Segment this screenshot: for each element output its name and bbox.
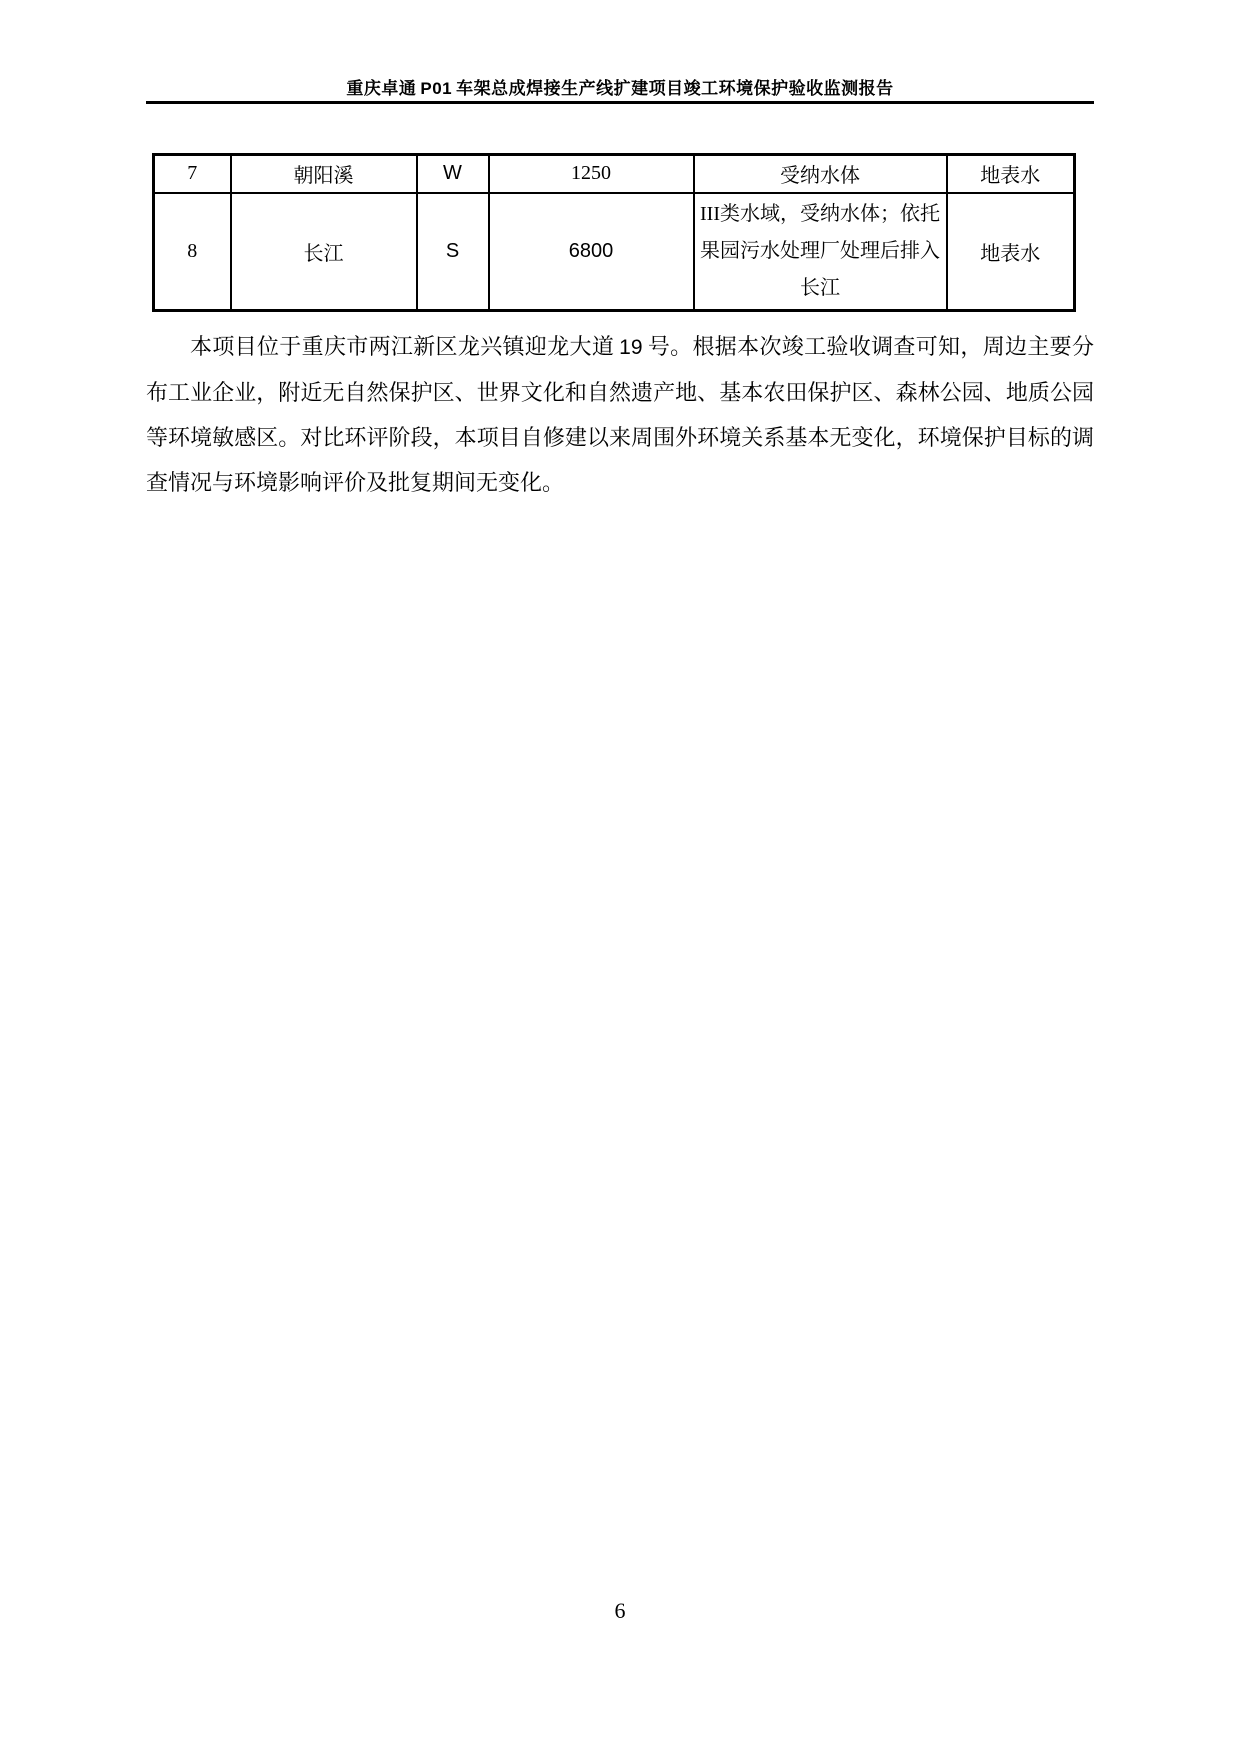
header-title-suffix: 车架总成焊接生产线扩建项目竣工环境保护验收监测报告 [456, 79, 894, 98]
cell-water-type: 地表水 [947, 155, 1075, 193]
cell-index: 8 [154, 193, 231, 311]
header-rule [146, 101, 1094, 104]
cell-description: III类水域，受纳水体；依托果园污水处理厂处理后排入长江 [694, 193, 947, 311]
table-row: 8 长江 S 6800 III类水域，受纳水体；依托果园污水处理厂处理后排入长江… [154, 193, 1075, 311]
document-header: 重庆卓通P01车架总成焊接生产线扩建项目竣工环境保护验收监测报告 [0, 0, 1240, 104]
page-number: 6 [0, 1598, 1240, 1624]
header-title: 重庆卓通P01车架总成焊接生产线扩建项目竣工环境保护验收监测报告 [0, 80, 1240, 98]
cell-name: 长江 [231, 193, 417, 311]
header-title-code: P01 [420, 79, 452, 98]
cell-direction: W [417, 155, 489, 193]
cell-distance: 1250 [489, 155, 694, 193]
table-row: 7 朝阳溪 W 1250 受纳水体 地表水 [154, 155, 1075, 193]
cell-index: 7 [154, 155, 231, 193]
sensitive-targets-table: 7 朝阳溪 W 1250 受纳水体 地表水 8 长江 S 6800 III类水域… [152, 153, 1076, 312]
cell-description: 受纳水体 [694, 155, 947, 193]
header-title-prefix: 重庆卓通 [346, 79, 416, 98]
document-page: 重庆卓通P01车架总成焊接生产线扩建项目竣工环境保护验收监测报告 7 朝阳溪 W… [0, 0, 1240, 1754]
paragraph-text-before: 本项目位于重庆市两江新区龙兴镇迎龙大道 [190, 334, 614, 359]
cell-direction: S [417, 193, 489, 311]
cell-distance: 6800 [489, 193, 694, 311]
cell-name: 朝阳溪 [231, 155, 417, 193]
body-paragraph: 本项目位于重庆市两江新区龙兴镇迎龙大道19号。根据本次竣工验收调查可知，周边主要… [146, 324, 1094, 505]
paragraph-street-number: 19 [619, 336, 642, 359]
cell-water-type: 地表水 [947, 193, 1075, 311]
